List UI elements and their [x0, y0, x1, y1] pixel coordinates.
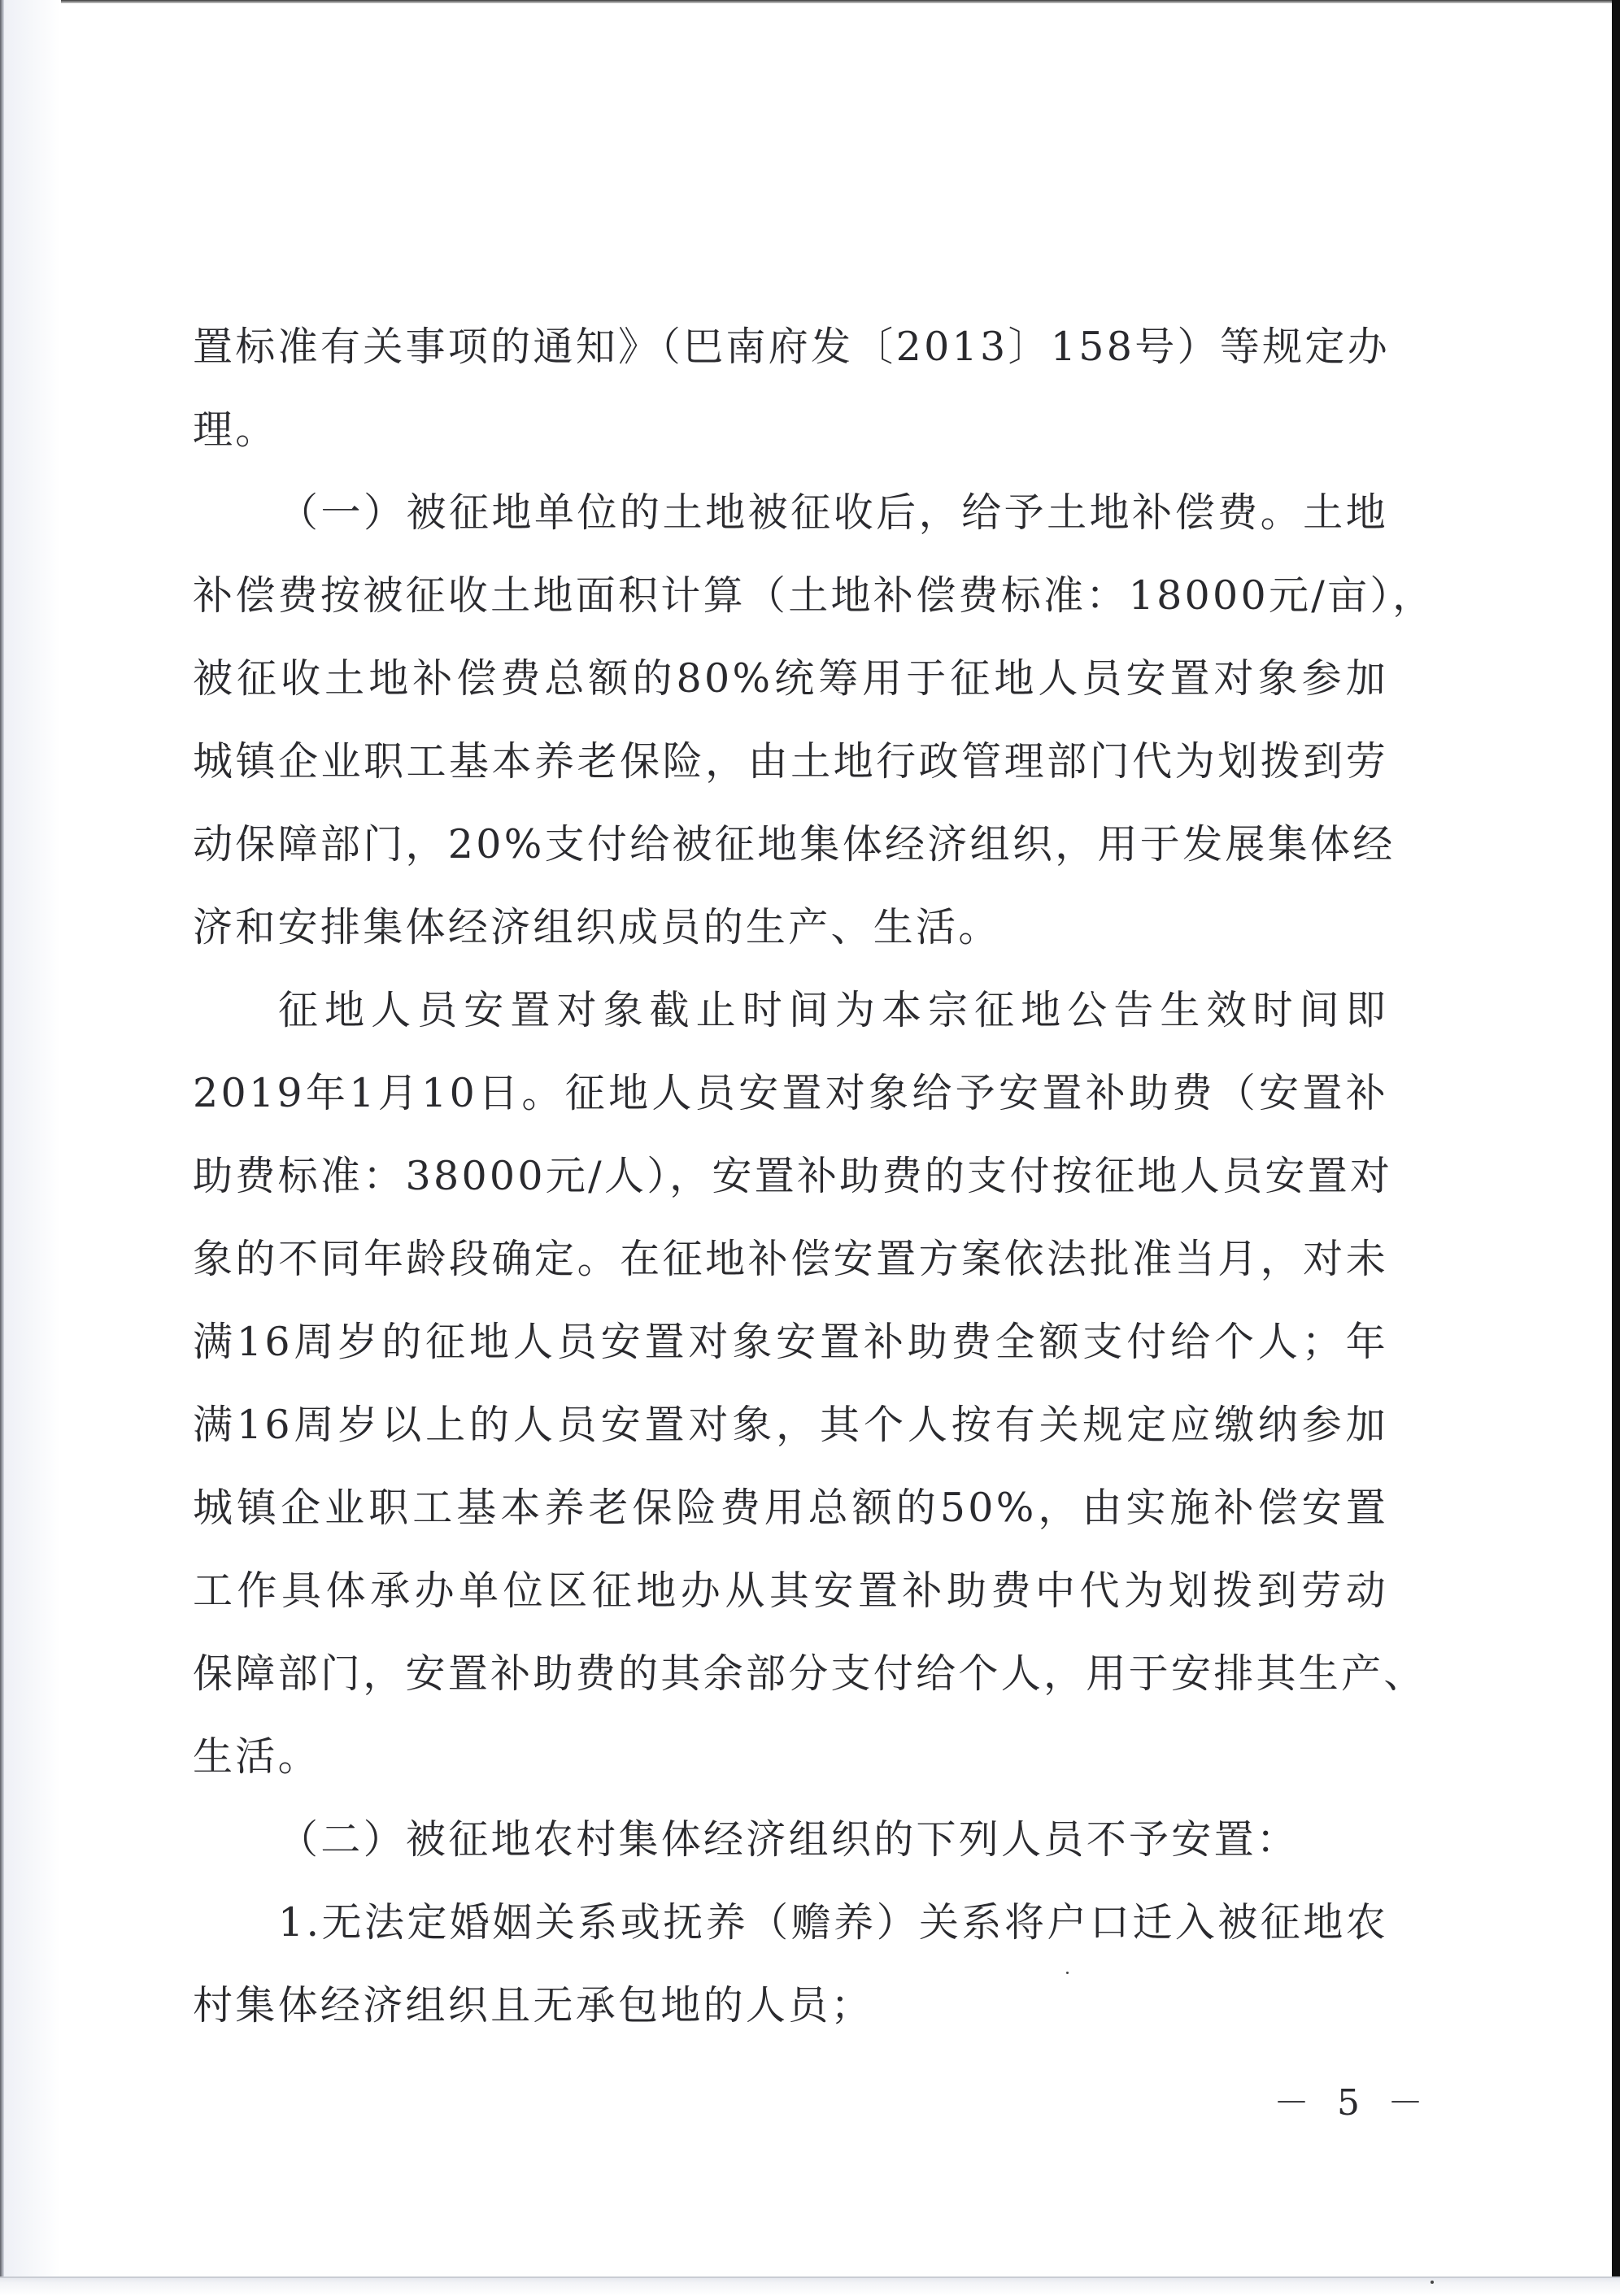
text-line: 动保障部门，20%支付给被征地集体经济组织，用于发展集体经: [193, 810, 1388, 893]
text-line: 被征收土地补偿费总额的80%统筹用于征地人员安置对象参加: [193, 644, 1388, 727]
text-line: 生活。: [193, 1722, 1388, 1805]
document-body: 置标准有关事项的通知》（巴南府发〔2013〕158号）等规定办 理。 （一）被征…: [193, 312, 1388, 2054]
scan-border-top: [0, 0, 1620, 3]
text-line: 补偿费按被征收土地面积计算（土地补偿费标准：18000元/亩），: [193, 561, 1388, 644]
text-line: 济和安排集体经济组织成员的生产、生活。: [193, 893, 1388, 976]
text-line: 城镇企业职工基本养老保险费用总额的50%，由实施补偿安置: [193, 1473, 1388, 1556]
text-line: 满16周岁的征地人员安置对象安置补助费全额支付给个人；年: [193, 1307, 1388, 1390]
text-line: 满16周岁以上的人员安置对象，其个人按有关规定应缴纳参加: [193, 1390, 1388, 1473]
text-line: 1.无法定婚姻关系或抚养（赡养）关系将户口迁入被征地农: [193, 1888, 1388, 1971]
text-line: 征地人员安置对象截止时间为本宗征地公告生效时间即: [193, 976, 1388, 1059]
scan-border-right: [1612, 0, 1620, 2296]
text-line: （一）被征地单位的土地被征收后，给予土地补偿费。土地: [193, 478, 1388, 561]
text-line: （二）被征地农村集体经济组织的下列人员不予安置：: [193, 1805, 1388, 1888]
text-line: 助费标准：38000元/人），安置补助费的支付按征地人员安置对: [193, 1141, 1388, 1224]
scan-border-bottom: [0, 2276, 1620, 2296]
text-line: 工作具体承办单位区征地办从其安置补助费中代为划拨到劳动: [193, 1556, 1388, 1639]
text-line: 象的不同年龄段确定。在征地补偿安置方案依法批准当月，对未: [193, 1224, 1388, 1307]
text-line: 置标准有关事项的通知》（巴南府发〔2013〕158号）等规定办: [193, 312, 1388, 395]
text-line: 城镇企业职工基本养老保险，由土地行政管理部门代为划拨到劳: [193, 727, 1388, 810]
scan-speck: [1431, 2281, 1434, 2284]
text-line: 保障部门，安置补助费的其余部分支付给个人，用于安排其生产、: [193, 1639, 1388, 1722]
text-line: 村集体经济组织且无承包地的人员；: [193, 1971, 1388, 2054]
scan-shadow-left: [4, 0, 61, 2296]
text-line: 理。: [193, 395, 1388, 478]
text-line: 2019年1月10日。征地人员安置对象给予安置补助费（安置补: [193, 1059, 1388, 1141]
page-number: － 5 －: [1274, 2073, 1431, 2125]
